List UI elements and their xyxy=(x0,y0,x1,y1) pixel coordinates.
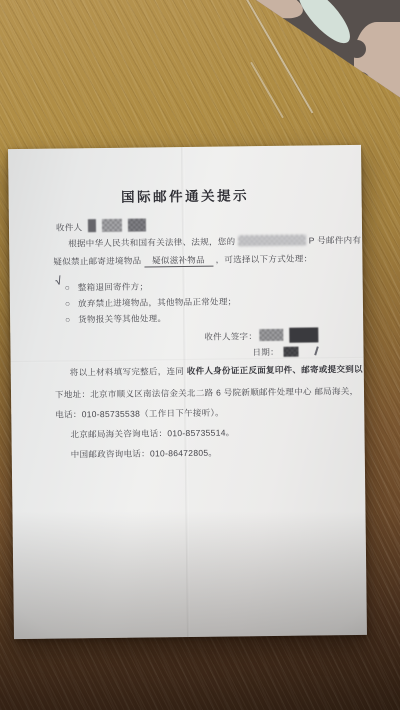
suspected-item-line: 疑似禁止邮寄进境物品 疑似滋补物品 ，可选择以下方式处理： xyxy=(53,252,312,268)
instruction-normal: 将以上材料填写完整后，连同 xyxy=(70,366,185,377)
intro-text-after: 号邮件内有 xyxy=(317,235,361,246)
redaction-recipient-name xyxy=(128,218,146,231)
mail-number-visible: P xyxy=(309,235,315,245)
redaction-signature xyxy=(260,329,284,341)
customs-hotline-line: 北京邮局海关咨询电话：010-85735514。 xyxy=(70,426,234,440)
intro-line: 根据中华人民共和国有关法律、法规，您的 P 号邮件内有 xyxy=(68,234,361,250)
phone-line: 电话：010-85735538（工作日下午接听）。 xyxy=(55,407,224,421)
line2-prefix: 疑似禁止邮寄进境物品 xyxy=(53,256,141,267)
date-label: 日期： xyxy=(252,347,279,357)
redaction-recipient-mark xyxy=(88,219,96,232)
instruction-line: 将以上材料填写完整后，连同 收件人身份证正反面复印件、邮寄或提交到以 xyxy=(70,363,363,379)
option-row-return: ○ 整箱退回寄件方； xyxy=(65,280,149,293)
option-circle-icon: ○ xyxy=(65,281,71,293)
date-line: 日期： xyxy=(252,345,317,358)
option-circle-icon: ○ xyxy=(65,297,71,309)
option-label: 货物报关等其他处理。 xyxy=(78,313,166,324)
recipient-label: 收件人 xyxy=(56,222,83,232)
intro-text-before: 根据中华人民共和国有关法律、法规，您的 xyxy=(68,236,235,248)
paper-horizontal-crease xyxy=(11,357,364,363)
option-row-abandon: ○ 放弃禁止进境物品，其他物品正常处理； xyxy=(65,295,237,309)
redaction-recipient-name xyxy=(102,219,122,232)
option-circle-icon: ○ xyxy=(65,313,71,325)
signature-line: 收件人签字： xyxy=(204,327,318,343)
redaction-signature xyxy=(289,327,318,342)
redaction-date xyxy=(284,347,299,357)
recipient-line: 收件人 xyxy=(56,218,147,233)
option-row-declare: ○ 货物报关等其他处理。 xyxy=(65,312,166,325)
redaction-mail-number xyxy=(238,235,306,247)
post-hotline-line: 中国邮政咨询电话：010-86472805。 xyxy=(71,447,218,461)
option-label: 放弃禁止进境物品，其他物品正常处理； xyxy=(78,296,237,308)
handwritten-checkmark: √ xyxy=(54,275,63,288)
address-line: 下地址：北京市顺义区南法信金关北二路 6 号院新顺邮件处理中心 邮局海关， xyxy=(55,385,359,401)
customs-notice-paper: 国际邮件通关提示 收件人 根据中华人民共和国有关法律、法规，您的 P 号邮件内有… xyxy=(8,145,367,639)
rug-scallop xyxy=(348,40,366,58)
option-label: 整箱退回寄件方； xyxy=(78,281,149,292)
pen-mark xyxy=(314,346,319,355)
notice-title: 国际邮件通关提示 xyxy=(9,189,362,205)
signature-label: 收件人签字： xyxy=(204,331,257,342)
suspected-item-filled: 疑似滋补物品 xyxy=(144,254,213,268)
instruction-bold: 收件人身份证正反面复印件、邮寄或提交到以 xyxy=(187,364,363,376)
line2-suffix: ，可选择以下方式处理： xyxy=(215,253,312,264)
